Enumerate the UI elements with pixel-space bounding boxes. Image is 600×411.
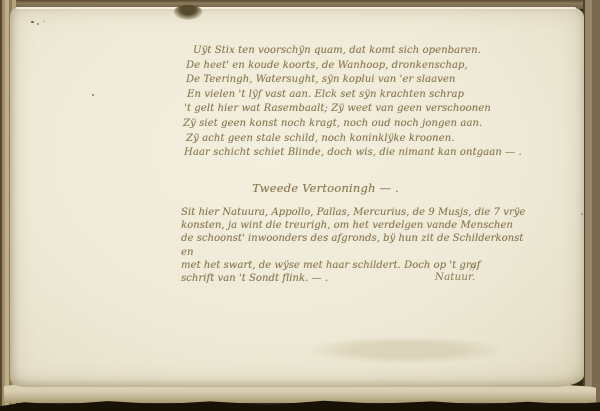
poem-line: De heet' en koude koorts, de Wanhoop, dr… (186, 59, 526, 74)
poem-line: Zÿ acht geen stale schild, noch koninklÿ… (186, 132, 526, 147)
poem-line: 't gelt hier wat Rasembaalt; Zÿ weet van… (184, 102, 526, 117)
page-top-highlight (16, 7, 576, 9)
ink-stain-top (173, 5, 203, 20)
poem-line: Uÿt Stix ten voorschÿn quam, dat komt si… (193, 44, 526, 59)
signature-flourish: )) (449, 265, 495, 271)
paragraph-line: Sit hier Natuura, Appollo, Pallas, Mercu… (181, 206, 531, 219)
poem-line: En vielen 't lÿf vast aan. Elck set sÿn … (187, 88, 526, 103)
paragraph-line: konsten, ja wint die treurigh, om het ve… (181, 219, 531, 232)
poem-line: Haar schicht schiet Blinde, doch wis, di… (184, 146, 526, 161)
paper-smudge (310, 337, 500, 363)
paper-speck (31, 21, 34, 23)
paper-speck (37, 23, 39, 25)
manuscript-page: Uÿt Stix ten voorschÿn quam, dat komt si… (10, 7, 584, 387)
manuscript-scan: Uÿt Stix ten voorschÿn quam, dat komt si… (0, 0, 600, 411)
paragraph-line: de schoonst' inwoonders des afgronds, bÿ… (181, 232, 531, 258)
poem-stanza: Uÿt Stix ten voorschÿn quam, dat komt si… (186, 44, 526, 161)
page-right-edge (583, 0, 600, 405)
section-heading: Tweede Vertooningh — . (238, 181, 413, 195)
signature-block: )) Natuur. (415, 265, 495, 283)
poem-line: De Teeringh, Watersught, sÿn koplui van … (186, 73, 526, 88)
poem-line: Zÿ siet geen konst noch kragt, noch oud … (183, 117, 526, 132)
paper-speck (581, 213, 583, 215)
paper-speck (43, 21, 45, 22)
signature: Natuur. (435, 271, 475, 283)
paper-speck (92, 94, 94, 96)
